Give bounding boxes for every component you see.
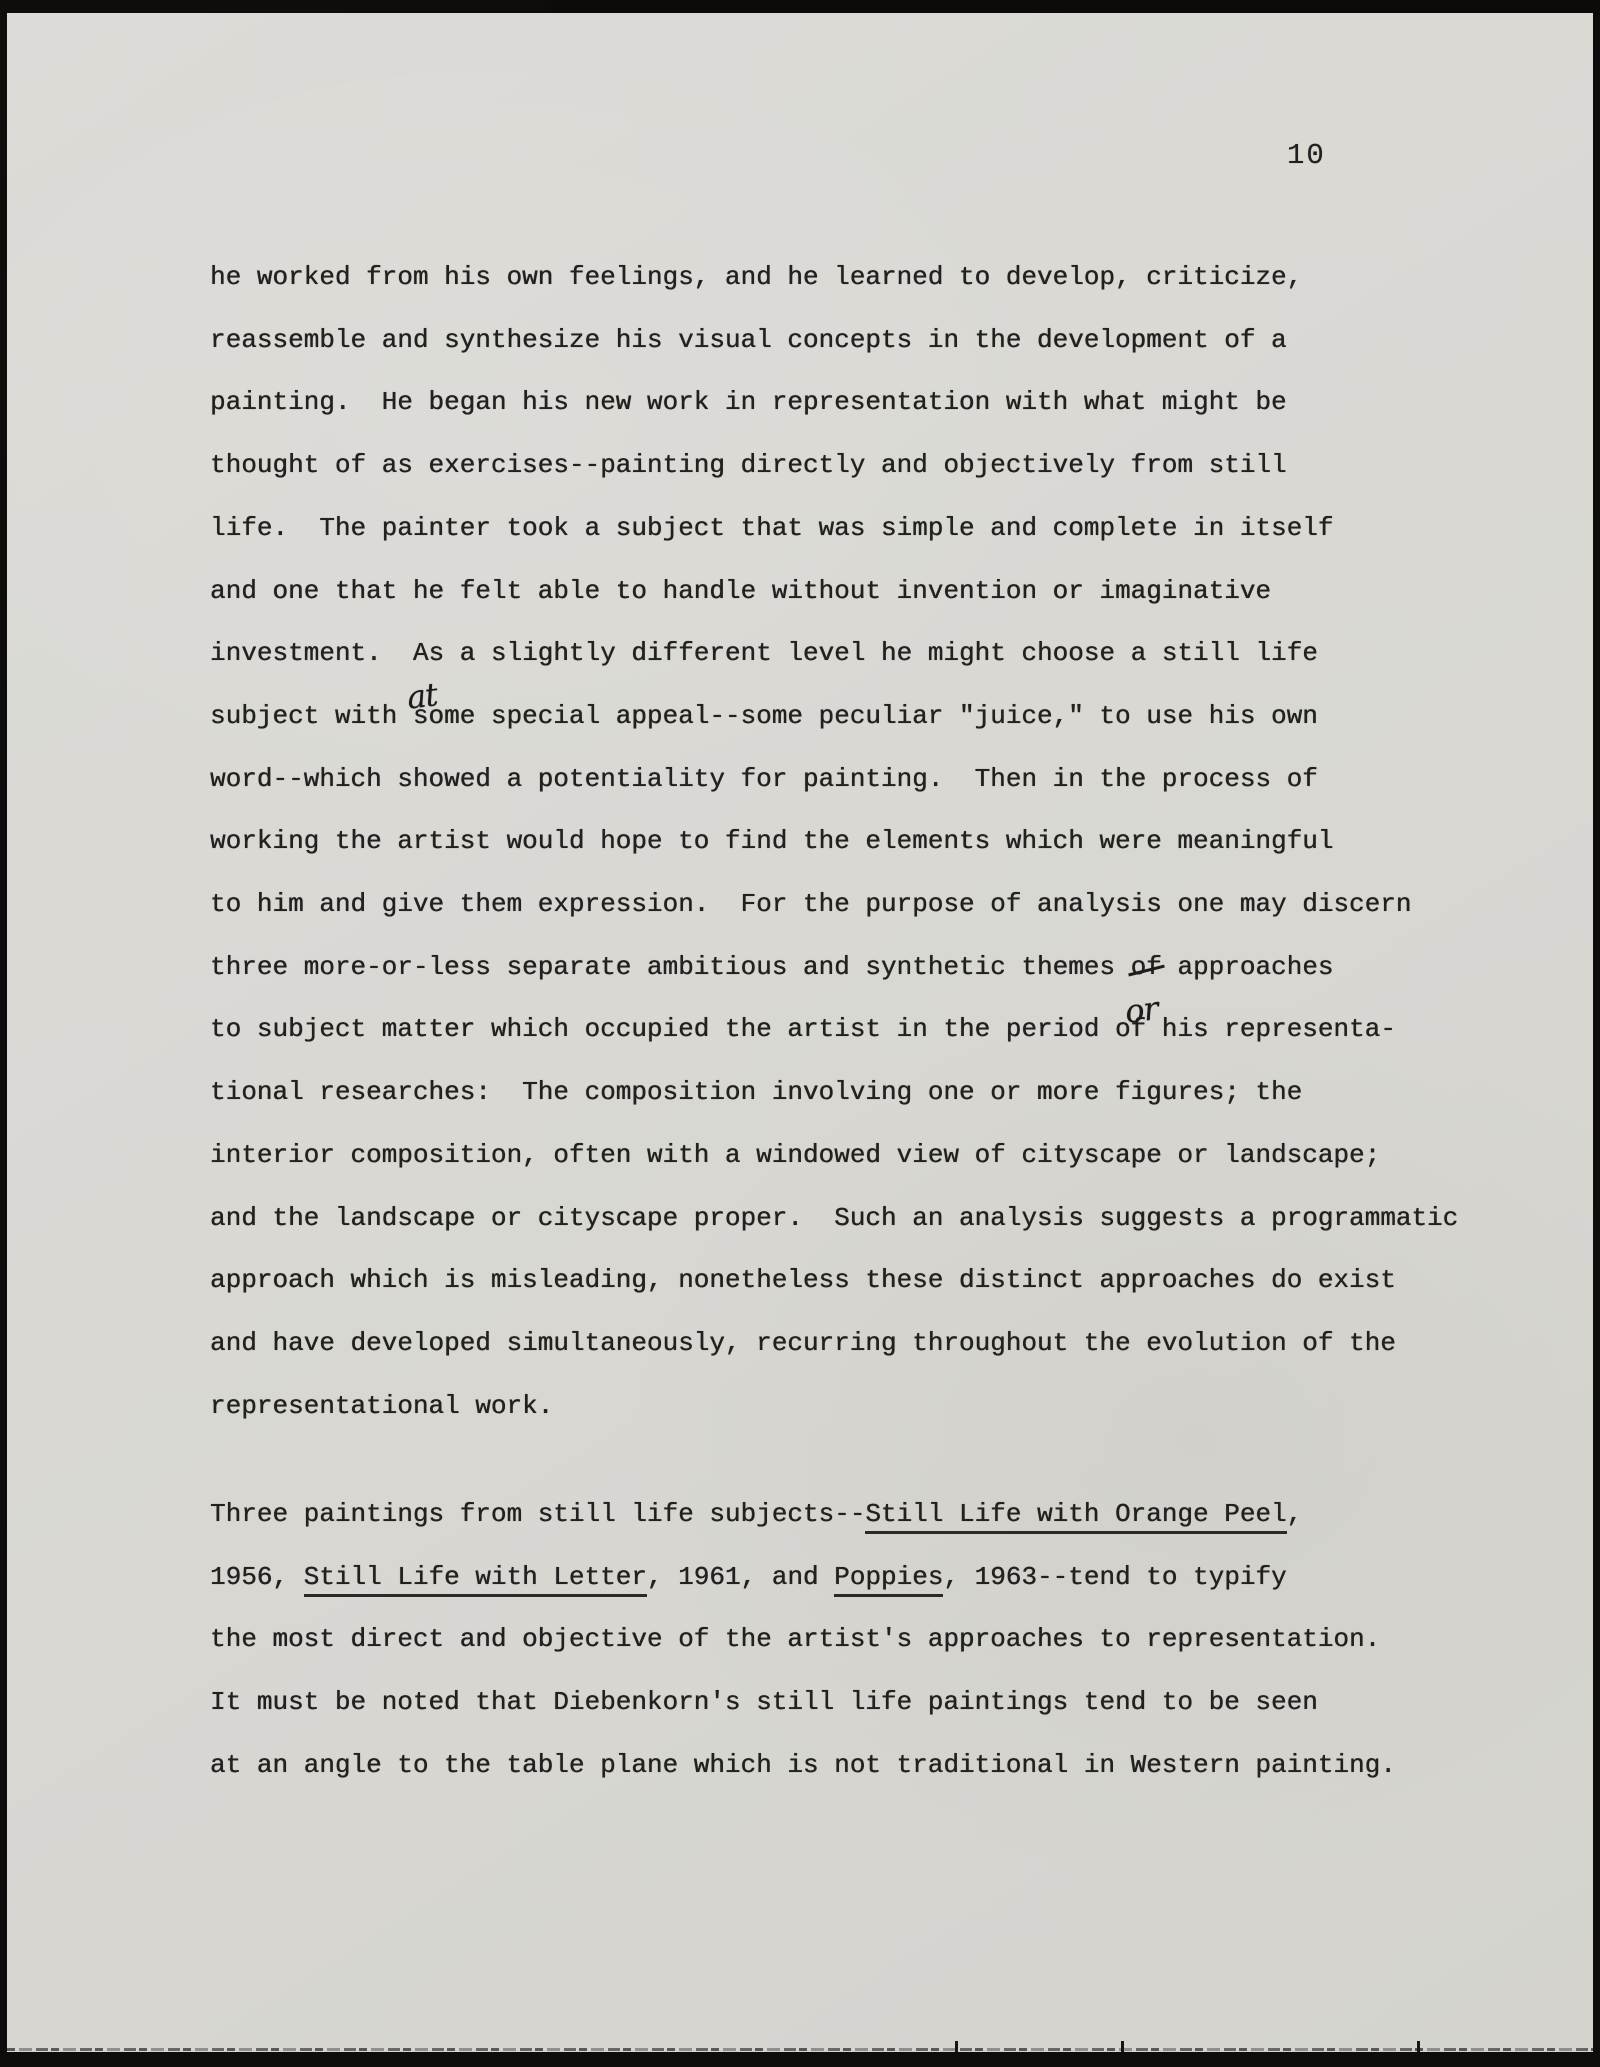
typed-line: working the artist would hope to find th… — [210, 810, 1458, 873]
typed-line: subject with some special appeal--some p… — [210, 685, 1458, 748]
typed-line: tional researches: The composition invol… — [210, 1061, 1458, 1124]
typed-line: life. The painter took a subject that wa… — [210, 497, 1458, 560]
typed-text: interior composition, often with a windo… — [210, 1140, 1380, 1170]
underlined-painting-title: Poppies — [834, 1562, 943, 1597]
typed-text: Asat — [413, 638, 444, 668]
typed-line: It must be noted that Diebenkorn's still… — [210, 1671, 1396, 1734]
typed-text: , 1963--tend to typify — [943, 1562, 1286, 1592]
typed-line: at an angle to the table plane which is … — [210, 1734, 1396, 1797]
paragraph-still-life-subjects: Three paintings from still life subjects… — [210, 1483, 1396, 1797]
typed-line: investment. Asat a slightly different le… — [210, 622, 1458, 685]
typed-text: and the landscape or cityscape proper. S… — [210, 1203, 1458, 1233]
microfilm-frame: 10 he worked from his own feelings, and … — [0, 0, 1600, 2067]
typed-line: approach which is misleading, nonetheles… — [210, 1249, 1458, 1312]
typed-text: , 1961, and — [647, 1562, 834, 1592]
manuscript-page: 10 he worked from his own feelings, and … — [7, 13, 1593, 2052]
scan-tick-mark — [1121, 2041, 1124, 2052]
typed-line: painting. He began his new work in repre… — [210, 371, 1458, 434]
typed-text: word--which showed a potentiality for pa… — [210, 764, 1318, 794]
typed-text: subject with some special appeal--some p… — [210, 701, 1318, 731]
typed-text: and one that he felt able to handle with… — [210, 576, 1271, 606]
typed-text: Three paintings from still life subjects… — [210, 1499, 865, 1529]
handwritten-correction: or — [1123, 992, 1159, 1028]
scan-tick-mark — [1417, 2041, 1420, 2052]
typed-text: painting. He began his new work in repre… — [210, 387, 1287, 417]
typed-text: to subject matter which occupied the art… — [210, 1014, 1396, 1044]
typed-line: interior composition, often with a windo… — [210, 1124, 1458, 1187]
underlined-painting-title: Still Life with Letter — [304, 1562, 647, 1597]
typed-text: and have developed simultaneously, recur… — [210, 1328, 1396, 1358]
typed-text: approach which is misleading, nonetheles… — [210, 1265, 1396, 1295]
typed-line: to subject matter which occupied the art… — [210, 998, 1458, 1061]
scan-tick-mark — [955, 2041, 958, 2052]
typed-line: thought of as exercises--painting direct… — [210, 434, 1458, 497]
paragraph-body: he worked from his own feelings, and he … — [210, 246, 1458, 1437]
typed-text: reassemble and synthesize his visual con… — [210, 325, 1287, 355]
typed-text: approaches — [1162, 952, 1334, 982]
typed-text: investment. — [210, 638, 413, 668]
struck-out-word: ofor — [1131, 952, 1162, 982]
typed-text: tional researches: The composition invol… — [210, 1077, 1302, 1107]
typed-text: a slightly different level he might choo… — [444, 638, 1318, 668]
typed-line: three more-or-less separate ambitious an… — [210, 936, 1458, 999]
typed-line: he worked from his own feelings, and he … — [210, 246, 1458, 309]
typed-line: reassemble and synthesize his visual con… — [210, 309, 1458, 372]
typed-text: he worked from his own feelings, and he … — [210, 262, 1302, 292]
typed-text: at an angle to the table plane which is … — [210, 1750, 1396, 1780]
typed-text: It must be noted that Diebenkorn's still… — [210, 1687, 1318, 1717]
typed-line: and one that he felt able to handle with… — [210, 560, 1458, 623]
page-number: 10 — [1287, 139, 1326, 172]
typed-line: and the landscape or cityscape proper. S… — [210, 1187, 1458, 1250]
typed-text: the most direct and objective of the art… — [210, 1624, 1380, 1654]
typed-line: to him and give them expression. For the… — [210, 873, 1458, 936]
typed-line: representational work. — [210, 1375, 1458, 1438]
typed-text: 1956, — [210, 1562, 304, 1592]
handwritten-correction: at — [405, 679, 439, 714]
typed-text: life. The painter took a subject that wa… — [210, 513, 1333, 543]
scan-noise-line — [7, 2048, 1593, 2051]
typed-text: working the artist would hope to find th… — [210, 826, 1333, 856]
typed-line: 1956, Still Life with Letter, 1961, and … — [210, 1546, 1396, 1609]
typed-line: word--which showed a potentiality for pa… — [210, 748, 1458, 811]
underlined-painting-title: Still Life with Orange Peel — [865, 1499, 1286, 1534]
typed-line: the most direct and objective of the art… — [210, 1608, 1396, 1671]
typed-text: thought of as exercises--painting direct… — [210, 450, 1287, 480]
typed-text: to him and give them expression. For the… — [210, 889, 1411, 919]
typed-line: Three paintings from still life subjects… — [210, 1483, 1396, 1546]
typed-text: , — [1287, 1499, 1303, 1529]
typed-text: representational work. — [210, 1391, 553, 1421]
typed-text: three more-or-less separate ambitious an… — [210, 952, 1131, 982]
typed-line: and have developed simultaneously, recur… — [210, 1312, 1458, 1375]
